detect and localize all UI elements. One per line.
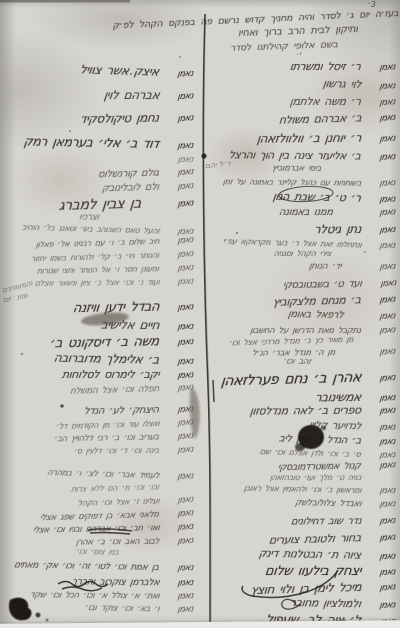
entry-text: ואבדל צלולובלשק [294,498,362,509]
register-entry: נאמןתפלה וכו׳ אצל המשלח [70,383,193,397]
column-divider-line-bleed [204,14,211,628]
entry-label: נאמן [368,112,396,125]
entry-text: ולם לובלינובק [102,182,160,195]
entry-text: חיב שלום ב׳ ו׳ עם רבנינו אל׳ פאלון [35,237,159,250]
register-entry: בימי אברמוביץ [272,163,395,174]
register-entry: נאמןר׳ זיסל ומשרתו [290,60,395,73]
register-entry: נאמןהיצחק׳ לע׳ הנדל [84,404,193,417]
entry-label: נאמן [165,155,194,166]
entry-label: נאמן [165,578,193,590]
entry-label: נאמן [367,133,395,145]
register-entry: נאמןיד׳ הנותן [309,262,395,273]
register-entry: נאמןזהעל טאס כשבוהב בש׳ וטאנג בל׳ הוהיב [21,223,193,238]
entry-text: בחור ולטובת צוערים [268,531,361,547]
entry-text: בניה ט׳ מלך ועו׳ טובהזאהן [269,473,362,482]
entry-text: צירי הקהל וסגניה [273,249,331,258]
register-entry: צירי הקהל וסגניה [274,249,395,258]
entry-text: בן אמת וכו׳ לטו׳ זה׳ וכו׳ אק׳ מאתים [14,560,160,573]
entry-label: נאמן [367,346,395,358]
register-entry: נאמןקנול אמשטרדמובסקי [278,460,395,473]
entry-text: ומעונן חסר ו׳ אל הנותר וחצי שטרות [37,264,160,275]
header-line-3: בשם אלופי קהילתנו לסדר [230,39,338,54]
entry-label: נאמן [165,431,193,443]
register-entry: נאמןואו׳ חב׳ וכו׳ אברהם ובניו וכו׳ אצלי [33,522,193,535]
entry-label: נאמן [367,516,395,528]
entry-label: נאמן [165,113,193,125]
entry-text: תפלה וכו׳ אצל המשלח [70,384,160,397]
entry-text: לרפאל באומן [287,309,344,321]
register-entry: נאמןציוה ת׳ הבטלנות דינק [259,547,395,563]
entry-text: ואו׳ חב׳ וכו׳ אברהם ובניו וכו׳ אצלי [32,523,159,535]
entry-label: נאמן [165,322,193,334]
entry-text: נחמן טיקולסקיד [79,111,160,127]
entry-label: נאמן [165,417,193,430]
entry-label: נאמן [368,582,396,595]
register-entry: נאמןבעריב וכו׳ ב׳ רבי דלהויץ הב׳ [54,432,193,445]
header-line-2: ותיקון לבית הרב ברוך ואחיו [238,24,358,39]
register-entry: נאמןנתן גיטלר [314,222,395,237]
entry-text: הבדל ידען וויזנה [72,299,160,316]
entry-text: ונתחלפו זאת אצל ר׳ בער מקראקא עפ׳י [222,237,362,250]
entry-label: נאמן [165,263,193,275]
entry-text: ס׳ ב׳ וכו׳ ולדן אצלם וכו׳ שם [260,447,362,459]
entry-label: נאמן [367,81,396,92]
register-entry: נאמןמשה ב׳ דיסקונט ב׳ [50,334,193,352]
register-entry: נאמןוהנותר חי׳ ב׳ קל׳ ולהורות בשמו יחזור [31,250,193,265]
register-entry: נאמןגולם קורנשלוס [98,167,193,181]
register-entry: נאמן [159,155,193,166]
entry-label: נאמן [367,405,395,417]
entry-label: נאמן [165,337,193,349]
entry-text: ועלינו ז׳ אצל וכו׳ הקהל [77,496,159,507]
margin-note: ר׳ל יהם [205,159,231,171]
entry-text: ומראשון ב׳ וכו׳ ולהאמין אצל ראובן [243,484,361,495]
register-entry: נאמןאלברמן צוקרוב והברך [72,576,193,588]
entry-text: בניו צוס׳ וכו׳ [76,547,120,557]
entry-label-spacer [368,366,395,367]
entry-label: נאמן [367,178,395,190]
entry-text: בינה וכו׳ ד׳ וכו׳ דלצין ס׳ [74,446,160,456]
entry-label-spacer [166,220,193,222]
entry-label: נאמן [367,551,396,562]
entry-text: וצרכיו [79,212,100,222]
register-entry: ובו׳ וכו׳ מ׳ הם ללא צרות [71,481,193,494]
entry-label: נאמן [368,294,396,307]
entry-text: חיים אלישיב [100,318,160,333]
entry-text: ואת׳ א׳ צולל א׳ וכו׳ הכל וכו׳ שקד [29,590,160,601]
register-entry: נאמןאברהם לוין [104,88,193,102]
stray-pen-stroke [213,380,214,402]
entry-label: נאמן [367,499,396,510]
register-entry: נאמןלבוב האב וכו׳ ב׳ אהרן [76,536,193,547]
entry-label: נאמן [367,422,396,433]
register-entry: נאמןדוד ב׳ אלי׳ בערמאן רמק [24,133,193,151]
entry-label-spacer [368,255,395,257]
register-entry: נאמןבינה וכו׳ ד׳ וכו׳ דלצין ס׳ [74,445,193,456]
entry-text: זהב וכו׳ [283,356,312,367]
entry-label: נאמן [367,437,396,448]
entry-text: ר׳ זיסל ומשרתו [290,60,362,73]
entry-text: אברהם לוין [103,88,160,102]
entry-text: מן מאיר כץ ב׳ מנדל מרדכי אצל וכו׳ [228,335,353,348]
entry-text: ממנו באמונה [279,207,334,218]
entry-text: היצחק׳ לע׳ הנדל [84,405,160,417]
entry-label: נאמן [367,486,396,497]
entry-label: נאמן [165,382,193,395]
entry-label: נאמן [165,235,193,248]
entry-label: נאמן [165,444,193,456]
entry-label: נאמן [165,494,193,507]
register-entry: נאמןב׳ הנדל ר׳ ציון ליב [279,433,395,447]
entry-text: גולם קורנשלוס [98,168,160,181]
entry-text: לעמיד אבר׳ וכו׳ לצ׳ ו׳ במהרה [46,468,160,481]
register-entry: נאמןלעמיד אבר׳ וכו׳ לצ׳ ו׳ במהרה [47,468,193,482]
ink-blot-bottom-left [9,598,48,622]
entry-text: נדר שוב דחילונים [290,516,362,528]
register-entry: נאמןמלאני אבא׳ בן דפוקים שפג אצלי [40,509,193,523]
entry-label: נאמן [166,198,194,211]
register-entry: נאמןיקב׳ לימרוס לסלוחות [62,368,193,381]
register-entry: נאמןולמולציון מחובר [290,596,395,611]
register-entry: נאמןבחור ולטובת צוערים [269,530,395,547]
register-entry: נאמןלנדויער קליין [309,420,395,433]
entry-label: נאמן [367,207,395,219]
entry-text: ולמולציון מחובר [289,596,362,610]
register-entry: נאמןועד ט׳ בשבטובסקי [282,278,395,291]
entry-text: ר׳ יוחנן ב׳ וולוולזאהן [256,131,362,146]
entry-text: ב׳ מנחם מלצקוביץ [273,293,362,309]
entry-text: קנול אמשטרדמובסקי [278,461,362,474]
entry-text: נתן גיטלר [313,222,362,236]
register-entry: נאמןממנו באמונה [279,207,395,218]
register-entry: נאמןס׳ ב׳ וכו׳ ולדן אצלם וכו׳ שם [260,447,395,461]
entry-text: איצק אשר צוויל [79,62,160,78]
register-entry: נאמןר׳ יוחנן ב׳ וולוולזאהן [257,130,395,145]
entry-text: אלברמן צוקרוב והברך [71,576,160,588]
entry-text: זהעל טאס כשבוהב בש׳ וטאנג בל׳ הוהיב [21,223,160,236]
entry-label: נאמן [166,181,194,194]
entry-label: נאמן [165,91,193,103]
entry-text: ספרים ב׳ לאה מנדלסזון [249,404,362,418]
entry-text: ועד ט׳ בשבטובסקי [282,279,362,292]
register-entry: נאמןאהרן ב׳ נחם פערלזאהן [221,368,395,389]
register-entry: בניה ט׳ מלך ועו׳ טובהזאהן [270,473,395,482]
entry-label: נאמן [367,62,395,74]
register-entry: נאמןר׳ משה אלתמן [290,95,395,108]
entry-label: נאמן [367,278,395,290]
entry-label: נאמן [165,604,194,615]
register-entry: נאמןואבדל צלולובלשק [295,498,395,510]
register-entry: נאמןנחמן טיקולסקיד [80,110,193,126]
entry-text: יצחק בילעוו שלום [264,564,362,579]
entry-label: נאמן [165,563,194,574]
entry-label: נאמן [368,373,396,386]
register-entry: נאמןבשותפות עם כהנל קליינר באמונה על זמן [223,177,395,189]
register-entry: נאמןחיב שלום ב׳ ו׳ עם רבנינו אל׳ פאלון [36,236,194,251]
margin-note: י· [296,50,301,60]
entry-text: בשותפות עם כהנל קליינר באמונה על זמן [222,177,361,187]
entry-text: אהרן ב׳ נחם פערלזאהן [220,369,362,389]
column-divider-line [203,14,210,628]
entry-text: מיכל לימן בן ולוי חוצץ [250,580,362,597]
entry-label: נאמן [367,152,395,164]
entry-text: ב׳ אברהם משולח [278,111,362,126]
entry-label: נאמן [367,600,396,611]
entry-text: בימי אברמוביץ [271,163,321,173]
register-entry: נאמןיצחק בילעוו שלום [265,564,395,579]
entry-text: ציוה ת׳ הבטלנות דינק [258,547,362,562]
register-entry: נאמןו׳ בא׳ וכו׳ צוקד ובו׳ [85,603,193,615]
register-entry: נאמןב׳ אברהם משולח [278,110,395,126]
register-entry: נאמןועוד נ׳ וכו׳ אצל ב׳ ציון ונשאר אצלם [35,277,193,289]
divider-ink-blob [201,153,206,158]
entry-label: נאמן [165,508,193,521]
register-entry: נאמןאמשינובר [315,390,395,405]
register-entry: וצרכיו [79,212,193,223]
register-entry: נאמןר׳ ט׳ ב׳ שבת הגון [273,190,395,205]
entry-text: יקב׳ לימרוס לסלוחות [61,368,160,381]
entry-text: מלאני אבא׳ בן דפוקים שפג אצלי [40,510,160,523]
entry-text: דוד ב׳ אלי׳ בערמאן רמק [23,133,160,151]
entry-label: נאמן [165,522,193,534]
entry-text: ב׳ אליעזר צינה בין הוך והרצל [229,149,362,162]
entry-label: נאמן [165,69,194,80]
register-entry: נאמןמיכל לימן בן ולוי חוצץ [250,579,395,597]
entry-text: משה ב׳ דיסקונט ב׳ [49,334,160,351]
entry-label: נאמן [367,460,395,472]
entry-label: נאמן [165,302,193,314]
entry-label-spacer [368,479,395,481]
entry-text: ואצלו עוד וכו׳ מן הקודמים דל׳ [55,419,159,431]
entry-text: יד׳ הנותן [308,262,342,272]
register-entry: נאמןועלינו ז׳ אצל וכו׳ הקהל [78,495,193,508]
entry-text: ו׳ בא׳ וכו׳ צוקד ובו׳ [84,603,160,614]
register-entry: נאמןלוי גרשון [323,77,395,92]
register-entry: נאמןאיצק אשר צוויל [80,62,193,79]
register-entry: נאמןבן צבין למברג [59,194,194,214]
manuscript-page: בעז׳ה יום ג׳ לסדר והיה מחניך קדוש נרשם פ… [0,0,400,628]
entry-text: בעריב וכו׳ ב׳ רבי דלהויץ הב׳ [54,432,160,444]
register-entry: נאמןב׳ אליעזר צינה בין הוך והרצל [229,149,395,163]
entry-text: ב׳ אלימלך מדוברובה [53,351,160,367]
entry-text: והנותר חי׳ ב׳ קל׳ ולהורות בשמו יחזור [31,251,160,264]
entry-label: נאמן [166,167,194,180]
entry-label: נאמן [367,97,395,109]
scan-edge-bottom [0,620,400,628]
entry-text: ב׳ הנדל ר׳ ציון ליב [278,433,362,446]
entry-text: בן צבין למברג [58,196,142,214]
register-entry: נאמןב׳ מנחם מלצקוביץ [273,292,395,308]
register-entry: נאמןולם לובלינובק [102,181,193,195]
entry-text: לבוב האב וכו׳ ב׳ אהרן [75,537,159,548]
register-entry: בניו צוס׳ וכו׳ [76,547,193,558]
corner-mark: 3׳ [368,0,376,9]
register-entry: נאמןלרפאל באומן [287,309,395,322]
register-entry: נאמןהבדל ידען וויזנה [73,299,194,316]
register-entry: נאמןומעונן חסר ו׳ אל הנותר וחצי שטרות [37,264,193,277]
entry-label: נאמן [367,261,395,273]
entry-text: ועוד נ׳ וכו׳ אצל ב׳ ציון ונשאר אצלם [34,278,160,288]
entry-label: נאמן [165,249,193,262]
entry-label: נאמן [367,311,396,322]
register-entry: נאמןבן אמת וכו׳ לטו׳ זה׳ וכו׳ אק׳ מאתים [14,560,193,573]
entry-label-spacer [166,487,193,490]
register-entry: נאמןומראשון ב׳ וכו׳ ולהאמין אצל ראובן [244,484,395,497]
register-entry: נאמןואת׳ א׳ צולל א׳ וכו׳ הכל וכו׳ שקד [30,590,193,602]
entry-label: נאמן [165,404,193,416]
entry-label: נאמן [165,276,193,288]
entry-label-spacer [368,340,395,343]
entry-text: ר׳ משה אלתמן [289,95,362,108]
register-entry: נאמןב׳ אלימלך מדוברובה [54,351,193,368]
entry-text: לנדויער קליין [308,420,362,432]
entry-label: נאמן [165,356,194,367]
entry-text: ובו׳ וכו׳ מ׳ הם ללא צרות [71,482,160,494]
entry-label: נאמן [165,141,194,152]
entry-label: נאמן [165,370,193,382]
entry-label-spacer [368,171,395,173]
entry-label: נאמן [367,567,395,579]
entry-text: ר׳ ט׳ ב׳ שבת הגון [272,190,362,205]
entry-text: לוי גרשון [322,77,362,91]
register-entry: נאמןספרים ב׳ לאה מנדלסזון [250,403,395,417]
register-entry: נאמןואצלו עוד וכו׳ מן הקודמים דל׳ [55,418,193,432]
entry-label: נאמן [165,591,193,603]
register-entry: נאמןנדר שוב דחילונים [291,516,395,528]
entry-label: נאמן [165,536,193,548]
scan-edge-top [0,0,130,3]
entry-text: אמשינובר [314,390,362,404]
entry-label: נאמן [367,194,396,205]
entry-label: נאמן [367,225,395,237]
entry-label: נאמן [368,532,396,545]
register-entry: נאמןחיים אלישיב [101,318,193,333]
entry-label-spacer [166,555,193,556]
register-entry: זהב וכו׳ [283,356,395,369]
